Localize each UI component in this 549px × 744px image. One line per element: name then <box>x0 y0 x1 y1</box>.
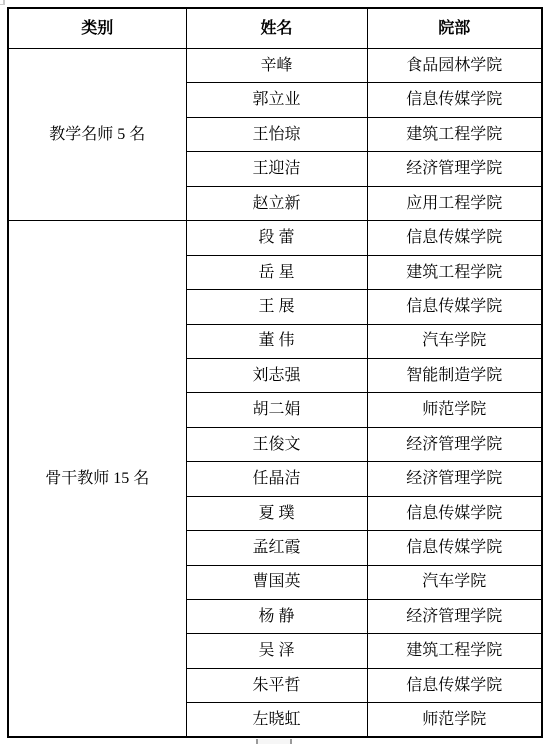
next-element-fragment <box>256 739 292 744</box>
table-row: 教学名师 5 名 辛峰 食品园林学院 <box>8 49 542 83</box>
department-cell: 师范学院 <box>367 393 542 427</box>
department-cell: 应用工程学院 <box>367 186 542 220</box>
department-cell: 汽车学院 <box>367 565 542 599</box>
col-header-department: 院部 <box>367 8 542 49</box>
name-cell: 胡二娟 <box>186 393 367 427</box>
name-cell: 刘志强 <box>186 358 367 392</box>
department-cell: 经济管理学院 <box>367 427 542 461</box>
name-cell: 王怡琼 <box>186 117 367 151</box>
department-cell: 信息传媒学院 <box>367 83 542 117</box>
name-cell: 王俊文 <box>186 427 367 461</box>
department-cell: 信息传媒学院 <box>367 531 542 565</box>
department-cell: 信息传媒学院 <box>367 290 542 324</box>
name-cell: 王 展 <box>186 290 367 324</box>
department-cell: 建筑工程学院 <box>367 117 542 151</box>
col-header-category: 类别 <box>8 8 186 49</box>
name-cell: 吴 泽 <box>186 634 367 668</box>
department-cell: 信息传媒学院 <box>367 668 542 702</box>
name-cell: 郭立业 <box>186 83 367 117</box>
department-cell: 建筑工程学院 <box>367 255 542 289</box>
teacher-award-table: 类别 姓名 院部 教学名师 5 名 辛峰 食品园林学院 郭立业 信息传媒学院 王… <box>7 7 543 738</box>
department-cell: 经济管理学院 <box>367 462 542 496</box>
name-cell: 任晶洁 <box>186 462 367 496</box>
name-cell: 曹国英 <box>186 565 367 599</box>
name-cell: 杨 静 <box>186 600 367 634</box>
name-cell: 赵立新 <box>186 186 367 220</box>
name-cell: 夏 璞 <box>186 496 367 530</box>
department-cell: 智能制造学院 <box>367 358 542 392</box>
department-cell: 师范学院 <box>367 703 542 737</box>
name-cell: 左晓虹 <box>186 703 367 737</box>
department-cell: 建筑工程学院 <box>367 634 542 668</box>
group-label-famous-teachers: 教学名师 5 名 <box>8 49 186 221</box>
name-cell: 辛峰 <box>186 49 367 83</box>
table-row: 骨干教师 15 名 段 蕾 信息传媒学院 <box>8 221 542 255</box>
header-row: 类别 姓名 院部 <box>8 8 542 49</box>
name-cell: 段 蕾 <box>186 221 367 255</box>
department-cell: 信息传媒学院 <box>367 496 542 530</box>
name-cell: 董 伟 <box>186 324 367 358</box>
name-cell: 王迎洁 <box>186 152 367 186</box>
department-cell: 信息传媒学院 <box>367 221 542 255</box>
col-header-name: 姓名 <box>186 8 367 49</box>
document-page: 类别 姓名 院部 教学名师 5 名 辛峰 食品园林学院 郭立业 信息传媒学院 王… <box>0 0 549 744</box>
name-cell: 岳 星 <box>186 255 367 289</box>
name-cell: 孟红霞 <box>186 531 367 565</box>
department-cell: 汽车学院 <box>367 324 542 358</box>
name-cell: 朱平哲 <box>186 668 367 702</box>
department-cell: 经济管理学院 <box>367 600 542 634</box>
department-cell: 经济管理学院 <box>367 152 542 186</box>
handle-horizontal-mark <box>0 4 5 6</box>
group-label-backbone-teachers: 骨干教师 15 名 <box>8 221 186 738</box>
department-cell: 食品园林学院 <box>367 49 542 83</box>
